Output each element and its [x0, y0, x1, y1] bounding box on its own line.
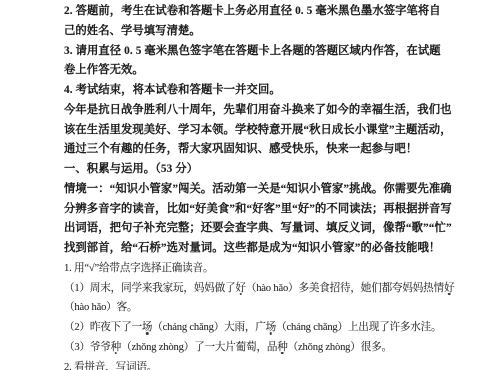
text-segment: （zhǒng zhòng）了一大片葡萄，品	[121, 342, 277, 353]
text-segment: 通过三个有趣的任务，帮大家巩固知识、感受快乐，快来一起参与吧！	[64, 143, 417, 155]
notice-line: 己的姓名、学号填写清楚。	[64, 22, 439, 42]
notice-line: 4. 考试结束，将本试卷和答题卡一并交回。	[64, 81, 439, 101]
text-segment: 找到部首，给“石桥”选对量词。这些都是成为“知识小管家”的必备技能哦！	[64, 242, 440, 254]
text-segment: 分辨多音字的读音，比如“好美食”和“好客”里“好”的不同读法；再根据拼音写	[64, 203, 452, 215]
exercise-line: 2. 看拼音，写词语。	[64, 358, 439, 370]
notice-line: 出词语，把句子补充完整；还要会查字典、写量词、填反义词，像帮“歌”“忙”	[64, 219, 439, 239]
notice-line: 情境一：“知识小管家”闯关。活动第一关是“知识小管家”挑战。你需要先准确	[64, 180, 439, 200]
exercise-section: 1. 用“√”给带点字选择正确读音。（1）周末，同学来我家玩，妈妈做了好（hào…	[64, 259, 439, 370]
emphasized-char: 场	[266, 322, 276, 333]
notice-line: 3. 请用直径 0. 5 毫米黑色签字笔在答题卡上各题的答题区域内作答，在试题	[64, 42, 439, 62]
text-segment: （cháng chǎng）大雨，广	[152, 322, 265, 333]
text-segment: 一、积累与运用。（53 分）	[64, 163, 198, 175]
text-segment: 2. 看拼音，写词语。	[64, 362, 157, 370]
text-segment: 己的姓名、学号填写清楚。	[64, 25, 201, 37]
text-segment: 3. 请用直径 0. 5 毫米黑色签字笔在答题卡上各题的答题区域内作答，在试题	[64, 45, 441, 57]
text-segment: （cháng chǎng）上出现了许多水洼。	[276, 322, 441, 333]
exercise-line: 1. 用“√”给带点字选择正确读音。	[64, 259, 439, 279]
notice-line: 卷上作答无效。	[64, 61, 439, 81]
text-segment: 4. 考试结束，将本试卷和答题卡一并交回。	[64, 84, 281, 96]
text-segment: （2）昨夜下了一	[64, 322, 142, 333]
notice-line: 该在生活里发现美好、学习本领。学校特意开展“秋日成长小课堂”主题活动，	[64, 121, 439, 141]
emphasized-char: 好	[235, 283, 245, 294]
text-segment: 1. 用“√”给带点字选择正确读音。	[64, 263, 213, 274]
emphasized-char: 场	[142, 322, 152, 333]
emphasized-char: 好	[444, 283, 454, 294]
text-segment: 卷上作答无效。	[64, 64, 144, 76]
text-segment: 出词语，把句子补充完整；还要会查字典、写量词、填反义词，像帮“歌”“忙”	[64, 222, 452, 234]
text-segment: 2. 答题前，考生在试卷和答题卡上务必用直径 0. 5 毫米黑色墨水签字笔将自	[64, 5, 441, 17]
exam-notice-section: 2. 答题前，考生在试卷和答题卡上务必用直径 0. 5 毫米黑色墨水签字笔将自己…	[64, 2, 439, 259]
text-segment: 情境一：“知识小管家”闯关。活动第一关是“知识小管家”挑战。你需要先准确	[64, 183, 452, 195]
text-segment: （zhǒng zhòng）很多。	[288, 342, 392, 353]
exercise-line: （2）昨夜下了一场（cháng chǎng）大雨，广场（cháng chǎng）…	[64, 318, 439, 338]
emphasized-char: 种	[277, 342, 287, 353]
text-segment: 今年是抗日战争胜利八十周年，先辈们用奋斗换来了如今的幸福生活，我们也	[64, 104, 452, 116]
text-segment: （hào hǎo）多美食招待，她们都夸妈妈热情	[246, 283, 444, 294]
emphasized-char: 种	[111, 342, 121, 353]
notice-line: 找到部首，给“石桥”选对量词。这些都是成为“知识小管家”的必备技能哦！	[64, 239, 439, 259]
exercise-line: （3）爷爷种（zhǒng zhòng）了一大片葡萄，品种（zhǒng zhòng…	[64, 338, 439, 358]
text-segment: （3）爷爷	[64, 342, 111, 353]
exercise-line: （hào hǎo）客。	[64, 298, 439, 318]
notice-line: 通过三个有趣的任务，帮大家巩固知识、感受快乐，快来一起参与吧！	[64, 140, 439, 160]
notice-line: 今年是抗日战争胜利八十周年，先辈们用奋斗换来了如今的幸福生活，我们也	[64, 101, 439, 121]
exam-paper-page: 2. 答题前，考生在试卷和答题卡上务必用直径 0. 5 毫米黑色墨水签字笔将自己…	[0, 0, 495, 370]
notice-line: 分辨多音字的读音，比如“好美食”和“好客”里“好”的不同读法；再根据拼音写	[64, 200, 439, 220]
notice-line: 一、积累与运用。（53 分）	[64, 160, 439, 180]
text-segment: 该在生活里发现美好、学习本领。学校特意开展“秋日成长小课堂”主题活动，	[64, 124, 452, 136]
exercise-line: （1）周末，同学来我家玩，妈妈做了好（hào hǎo）多美食招待，她们都夸妈妈热…	[64, 279, 439, 299]
text-segment: （hào hǎo）客。	[64, 302, 137, 313]
notice-line: 2. 答题前，考生在试卷和答题卡上务必用直径 0. 5 毫米黑色墨水签字笔将自	[64, 2, 439, 22]
text-segment: （1）周末，同学来我家玩，妈妈做了	[64, 283, 235, 294]
